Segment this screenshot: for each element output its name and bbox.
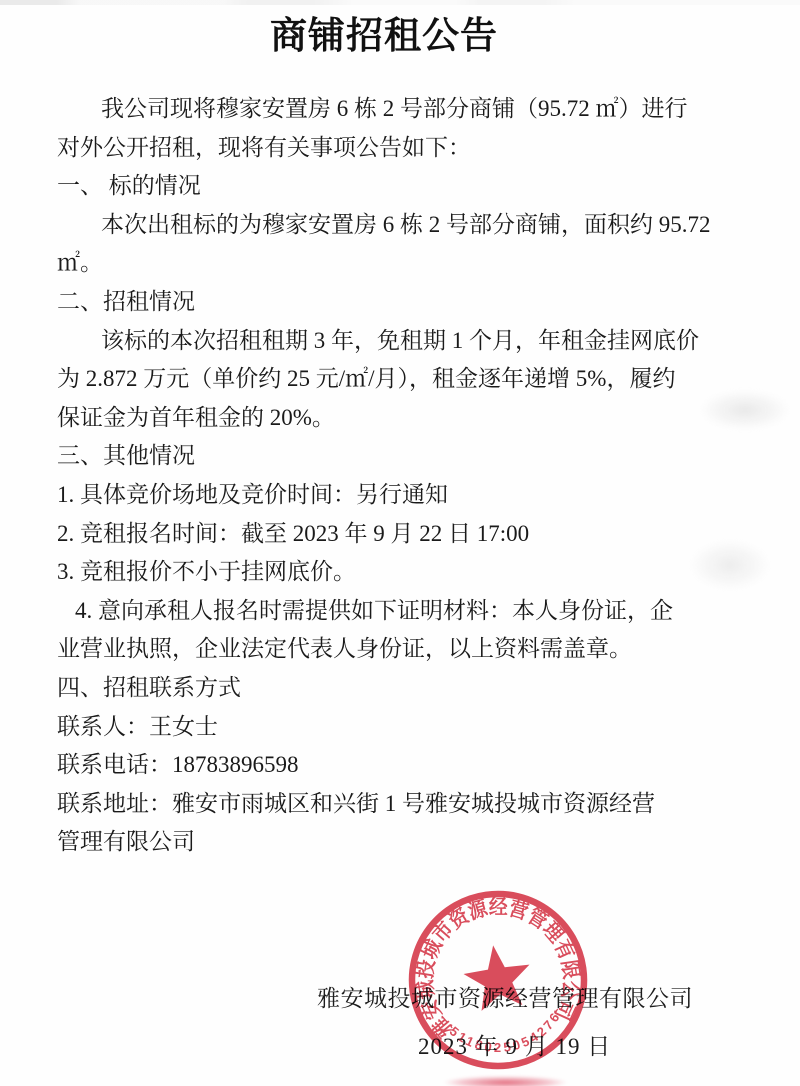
seal-number: 5118025054276 (445, 1009, 566, 1063)
intro-paragraph: 我公司现将穆家安置房 6 栋 2 号部分商铺（95.72 ㎡）进行 对外公开招租… (57, 90, 720, 167)
list-item-4: 4. 意向承租人报名时需提供如下证明材料：本人身份证，企 业营业执照，企业法定代… (57, 592, 720, 669)
page-title: 商铺招租公告 (0, 0, 784, 59)
section-heading-3: 三、其他情况 (57, 437, 720, 476)
contact-phone-line: 联系电话：18783896598 (57, 746, 720, 785)
seal-star-icon (460, 941, 535, 1013)
contact-person-line: 联系人：王女士 (57, 708, 720, 747)
contact-address-line: 联系地址：雅安市雨城区和兴街 1 号雅安城投城市资源经营 管理有限公司 (57, 785, 720, 862)
section-heading-4: 四、招租联系方式 (57, 669, 720, 708)
section-heading-1: 一、 标的情况 (57, 167, 720, 206)
official-red-seal: 雅安城投城市资源经营管理有限公司 5118025054276 (385, 867, 611, 1086)
section-heading-2: 二、招租情况 (57, 283, 720, 322)
section-2-paragraph: 该标的本次招租租期 3 年，免租期 1 个月，年租金挂网底价 为 2.872 万… (57, 322, 720, 438)
list-item-2: 2. 竞租报名时间：截至 2023 年 9 月 22 日 17:00 (57, 515, 720, 554)
list-item-1: 1. 具体竞价场地及竞价时间：另行通知 (57, 476, 720, 515)
document-body: 我公司现将穆家安置房 6 栋 2 号部分商铺（95.72 ㎡）进行 对外公开招租… (57, 90, 720, 862)
section-1-paragraph: 本次出租标的为穆家安置房 6 栋 2 号部分商铺，面积约 95.72 ㎡。 (57, 206, 720, 283)
seal-ink-smudge (443, 1076, 568, 1086)
announcement-page: 商铺招租公告 我公司现将穆家安置房 6 栋 2 号部分商铺（95.72 ㎡）进行… (0, 0, 800, 1086)
list-item-3: 3. 竞租报价不小于挂网底价。 (57, 553, 720, 592)
